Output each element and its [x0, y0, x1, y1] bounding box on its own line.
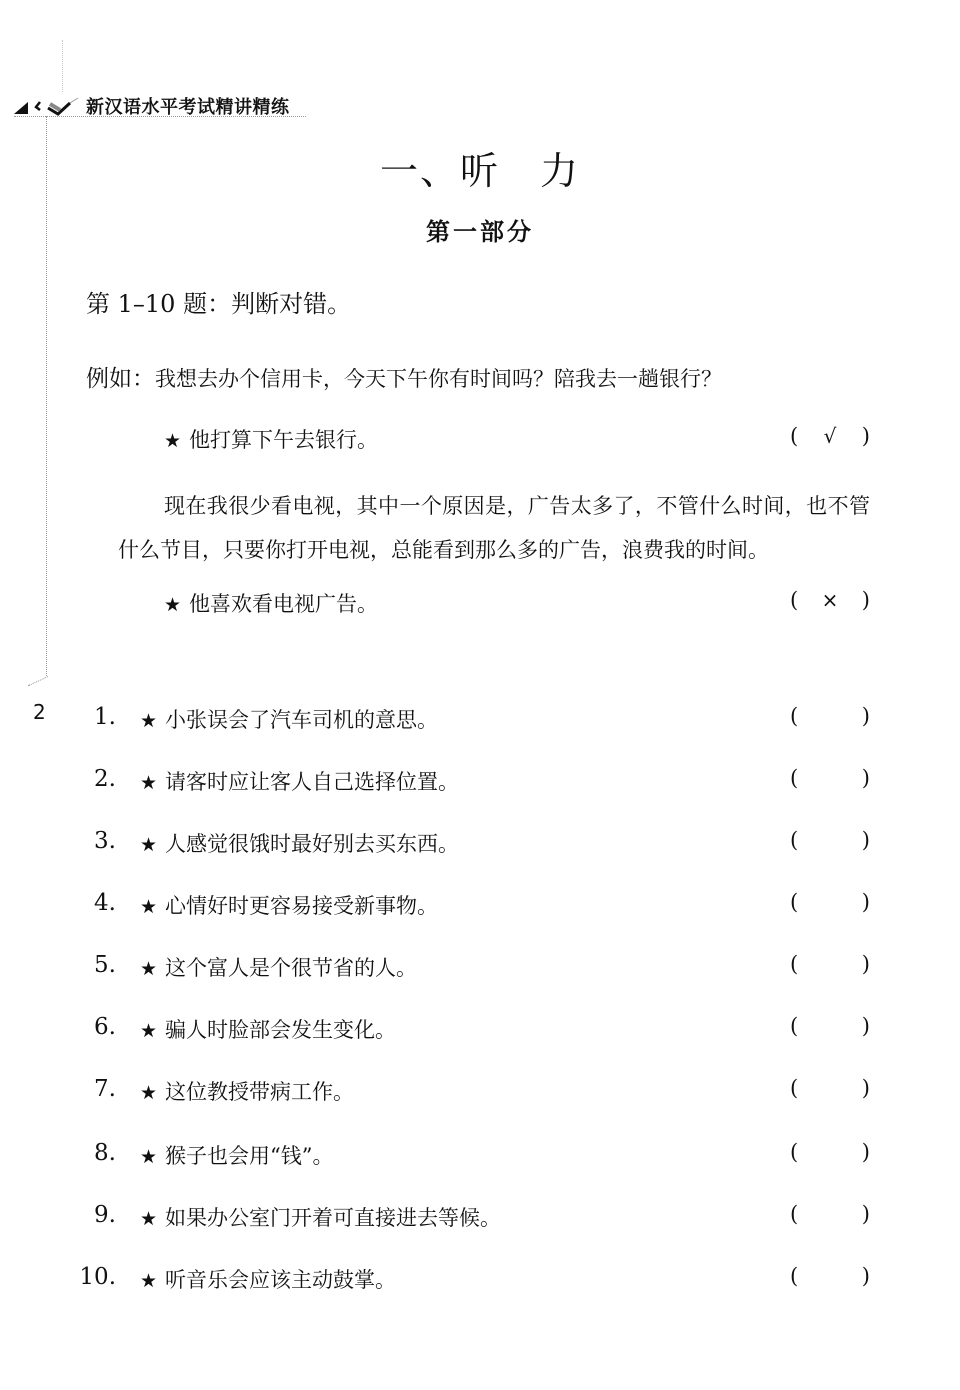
question-text: ★请客时应让客人自己选择位置。 [140, 766, 459, 796]
question-number: 6. [76, 1014, 116, 1040]
margin-guide-tail [28, 676, 48, 686]
star-icon: ★ [140, 1146, 157, 1168]
paren-open: ( [790, 1202, 798, 1226]
paren-open: ( [790, 424, 798, 448]
paren-close: ) [862, 704, 870, 728]
header-ornament-icon [14, 94, 80, 116]
star-icon: ★ [140, 1270, 157, 1292]
example-answer-2: ( × ) [790, 588, 870, 612]
star-icon: ★ [140, 1208, 157, 1230]
question-text: ★如果办公室门开着可直接进去等候。 [140, 1202, 501, 1232]
answer-blank[interactable]: () [790, 1264, 870, 1288]
star-icon: ★ [140, 896, 157, 918]
question-number: 3. [76, 828, 116, 854]
question-number: 4. [76, 890, 116, 916]
paren-close: ) [862, 890, 870, 914]
part-title: 第一部分 [0, 212, 960, 247]
paren-close: ) [862, 1202, 870, 1226]
paren-open: ( [790, 588, 798, 612]
paren-open: ( [790, 890, 798, 914]
paren-close: ) [862, 952, 870, 976]
paren-open: ( [790, 1014, 798, 1038]
question-number: 10. [76, 1264, 116, 1290]
question-statement: 这位教授带病工作。 [165, 1080, 354, 1104]
paren-close: ) [862, 1014, 870, 1038]
question-text: ★小张误会了汽车司机的意思。 [140, 704, 438, 734]
question-text: ★猴子也会用“钱”。 [140, 1140, 334, 1170]
star-icon: ★ [140, 1020, 157, 1042]
question-text: ★心情好时更容易接受新事物。 [140, 890, 438, 920]
question-statement: 骗人时脸部会发生变化。 [165, 1018, 396, 1042]
star-icon: ★ [164, 594, 181, 616]
answer-blank[interactable]: () [790, 1202, 870, 1226]
star-icon: ★ [140, 958, 157, 980]
instructions: 第 1–10 题：判断对错。 [86, 284, 351, 319]
question-number: 5. [76, 952, 116, 978]
question-number: 7. [76, 1076, 116, 1102]
answer-blank[interactable]: () [790, 704, 870, 728]
answer-blank[interactable]: () [790, 1014, 870, 1038]
paren-open: ( [790, 1264, 798, 1288]
page-number: 2 [33, 700, 46, 724]
paren-open: ( [790, 766, 798, 790]
answer-blank[interactable]: () [790, 890, 870, 914]
answer-blank[interactable]: () [790, 952, 870, 976]
question-number: 1. [76, 704, 116, 730]
star-icon: ★ [140, 1082, 157, 1104]
paren-close: ) [862, 1264, 870, 1288]
question-number: 9. [76, 1202, 116, 1228]
question-number: 2. [76, 766, 116, 792]
question-text: ★人感觉很饿时最好别去买东西。 [140, 828, 459, 858]
statement-text: 他打算下午去银行。 [189, 428, 378, 452]
question-statement: 听音乐会应该主动鼓掌。 [165, 1268, 396, 1292]
paren-close: ) [862, 1140, 870, 1164]
paren-close: ) [862, 588, 870, 612]
answer-blank[interactable]: () [790, 1140, 870, 1164]
answer-blank[interactable]: () [790, 1076, 870, 1100]
answer-blank[interactable]: () [790, 766, 870, 790]
question-text: ★这个富人是个很节省的人。 [140, 952, 417, 982]
example-prompt-text: 我想去办个信用卡，今天下午你有时间吗？陪我去一趟银行？ [155, 367, 722, 391]
question-statement: 小张误会了汽车司机的意思。 [165, 708, 438, 732]
star-icon: ★ [140, 772, 157, 794]
example-label: 例如： [86, 366, 155, 392]
question-text: ★这位教授带病工作。 [140, 1076, 354, 1106]
margin-guide-top [62, 40, 63, 92]
paren-close: ) [862, 828, 870, 852]
star-icon: ★ [140, 834, 157, 856]
check-mark-icon: √ [824, 424, 837, 448]
paren-open: ( [790, 828, 798, 852]
star-icon: ★ [164, 430, 181, 452]
question-statement: 人感觉很饿时最好别去买东西。 [165, 832, 459, 856]
example-paragraph: 现在我很少看电视，其中一个原因是，广告太多了，不管什么时间，也不管什么节目，只要… [118, 484, 870, 572]
example-statement-1: ★他打算下午去银行。 [164, 424, 378, 454]
header-rule [14, 116, 306, 117]
question-statement: 请客时应让客人自己选择位置。 [165, 770, 459, 794]
star-icon: ★ [140, 710, 157, 732]
question-text: ★听音乐会应该主动鼓掌。 [140, 1264, 396, 1294]
example-statement-2: ★他喜欢看电视广告。 [164, 588, 378, 618]
example-answer-1: ( √ ) [790, 424, 870, 448]
question-statement: 猴子也会用“钱”。 [165, 1144, 333, 1168]
paren-open: ( [790, 1140, 798, 1164]
statement-text: 他喜欢看电视广告。 [189, 592, 378, 616]
section-title: 一、听 力 [0, 140, 960, 195]
paren-close: ) [862, 424, 870, 448]
paren-open: ( [790, 1076, 798, 1100]
question-text: ★骗人时脸部会发生变化。 [140, 1014, 396, 1044]
paren-open: ( [790, 952, 798, 976]
example-prompt: 例如：我想去办个信用卡，今天下午你有时间吗？陪我去一趟银行？ [86, 360, 722, 393]
answer-blank[interactable]: () [790, 828, 870, 852]
question-number: 8. [76, 1140, 116, 1166]
paren-close: ) [862, 766, 870, 790]
question-statement: 如果办公室门开着可直接进去等候。 [165, 1206, 501, 1230]
question-statement: 这个富人是个很节省的人。 [165, 956, 417, 980]
paren-open: ( [790, 704, 798, 728]
cross-mark-icon: × [822, 588, 839, 612]
paren-close: ) [862, 1076, 870, 1100]
question-statement: 心情好时更容易接受新事物。 [165, 894, 438, 918]
margin-guide-line [46, 116, 47, 676]
